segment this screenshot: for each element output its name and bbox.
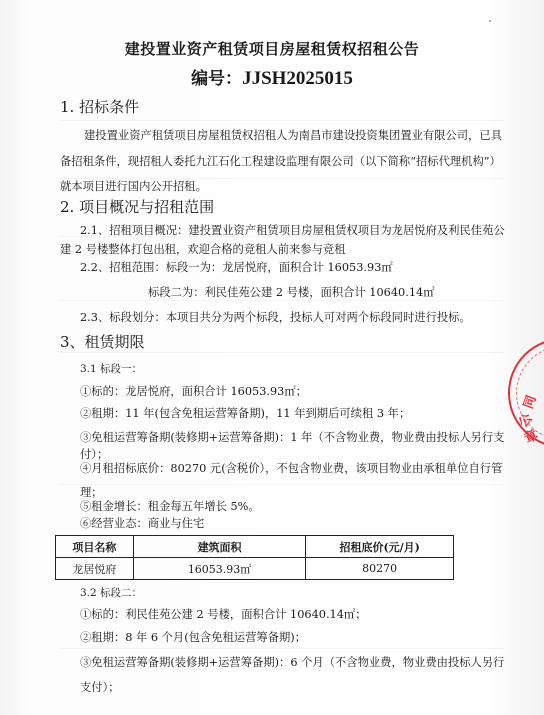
s2-2-line2: 标段二为：利民佳苑公建 2 号楼，面积合计 10640.14㎡	[148, 284, 435, 300]
s2-1-line2: 建 2 号楼整体打包出租，欢迎合格的竞租人前来参与竞租	[60, 241, 346, 257]
table-cell: 80270	[306, 558, 454, 580]
speck	[489, 20, 491, 22]
bleed-through-line	[60, 352, 504, 353]
s1-paragraph-line2: 备招租条件，现招租人委托九江石化工程建设监理有限公司（以下简称“招标代理机构”）	[60, 153, 501, 169]
section-heading-3: 3、租赁期限	[60, 331, 145, 352]
code-label: 编号：	[191, 69, 242, 89]
bleed-through-line	[60, 484, 504, 485]
section-heading-2: 2. 项目概况与招租范围	[60, 196, 214, 217]
section-heading-1: 1. 招标条件	[60, 96, 139, 117]
s2-3: 2.3、标段划分：本项目共分为两个标段，投标人可对两个标段同时进行投标。	[80, 309, 471, 325]
document-title: 建投置业资产租赁项目房屋租赁权招租公告	[0, 38, 544, 59]
lot2-item1: ①标的：利民佳苑公建 2 号楼，面积合计 10640.14㎡；	[80, 606, 367, 622]
bleed-through-line	[60, 120, 504, 121]
table-cell: 龙居悦府	[56, 558, 134, 580]
document-code: 编号：JJSH2025015	[0, 64, 544, 90]
s1-paragraph-line1: 建投置业资产租赁项目房屋租赁权招租人为南昌市建设投资集团置业有限公司，已具	[84, 127, 502, 143]
bleed-through-line	[60, 648, 504, 649]
lot2-item2: ②租期：8 年 6 个月(包含免租运营筹备期)；	[80, 629, 306, 645]
lot1-label: 3.1 标段一：	[80, 361, 142, 376]
table-header: 建筑面积	[133, 536, 306, 558]
table-header: 项目名称	[56, 536, 134, 558]
lot2-label: 3.2 标段二：	[80, 585, 142, 600]
lot2-item3-line2: 支付）；	[80, 679, 120, 695]
table-header: 招租底价(元/月)	[306, 536, 454, 558]
table-header-row: 项目名称 建筑面积 招租底价(元/月)	[56, 536, 454, 558]
lot1-item6: ⑥经营业态：商业与住宅	[80, 515, 204, 531]
table-row: 龙居悦府 16053.93㎡ 80270	[56, 558, 454, 580]
s2-1-line1: 2.1、招租项目概况：建投置业资产租赁项目房屋租赁权项目为龙居悦府及利民佳苑公	[80, 222, 505, 238]
code-value: JJSH2025015	[242, 68, 353, 89]
s1-paragraph-line3: 就本项目进行国内公开招租。	[60, 178, 207, 194]
bleed-through-line	[60, 300, 504, 301]
table-cell: 16053.93㎡	[133, 558, 306, 580]
lot1-item5: ⑤租金增长：租金每五年增长 5%。	[80, 498, 260, 514]
lot1-item2: ②租期：11 年(包含免租运营筹备期)，11 年到期后可续租 3 年；	[80, 405, 410, 421]
s2-2-line1: 2.2、招租范围：标段一为：龙居悦府，面积合计 16053.93㎡	[80, 259, 393, 275]
lot1-item4-line1: ④月租招标底价：80270 元(含税价），不包含物业费，该项目物业由承租单位自行…	[80, 460, 502, 476]
lot1-table: 项目名称 建筑面积 招租底价(元/月) 龙居悦府 16053.93㎡ 80270	[55, 535, 454, 580]
lot1-item3-line1: ③免租运营筹备期(装修期+运营筹备期)：1 年（不含物业费，物业费由投标人另行支	[80, 429, 504, 445]
lot1-item1: ①标的：龙居悦府，面积合计 16053.93㎡；	[80, 383, 307, 399]
lot2-item3-line1: ③免租运营筹备期(装修期+运营筹备期)：6 个月（不含物业费，物业费由投标人另行	[80, 654, 504, 670]
